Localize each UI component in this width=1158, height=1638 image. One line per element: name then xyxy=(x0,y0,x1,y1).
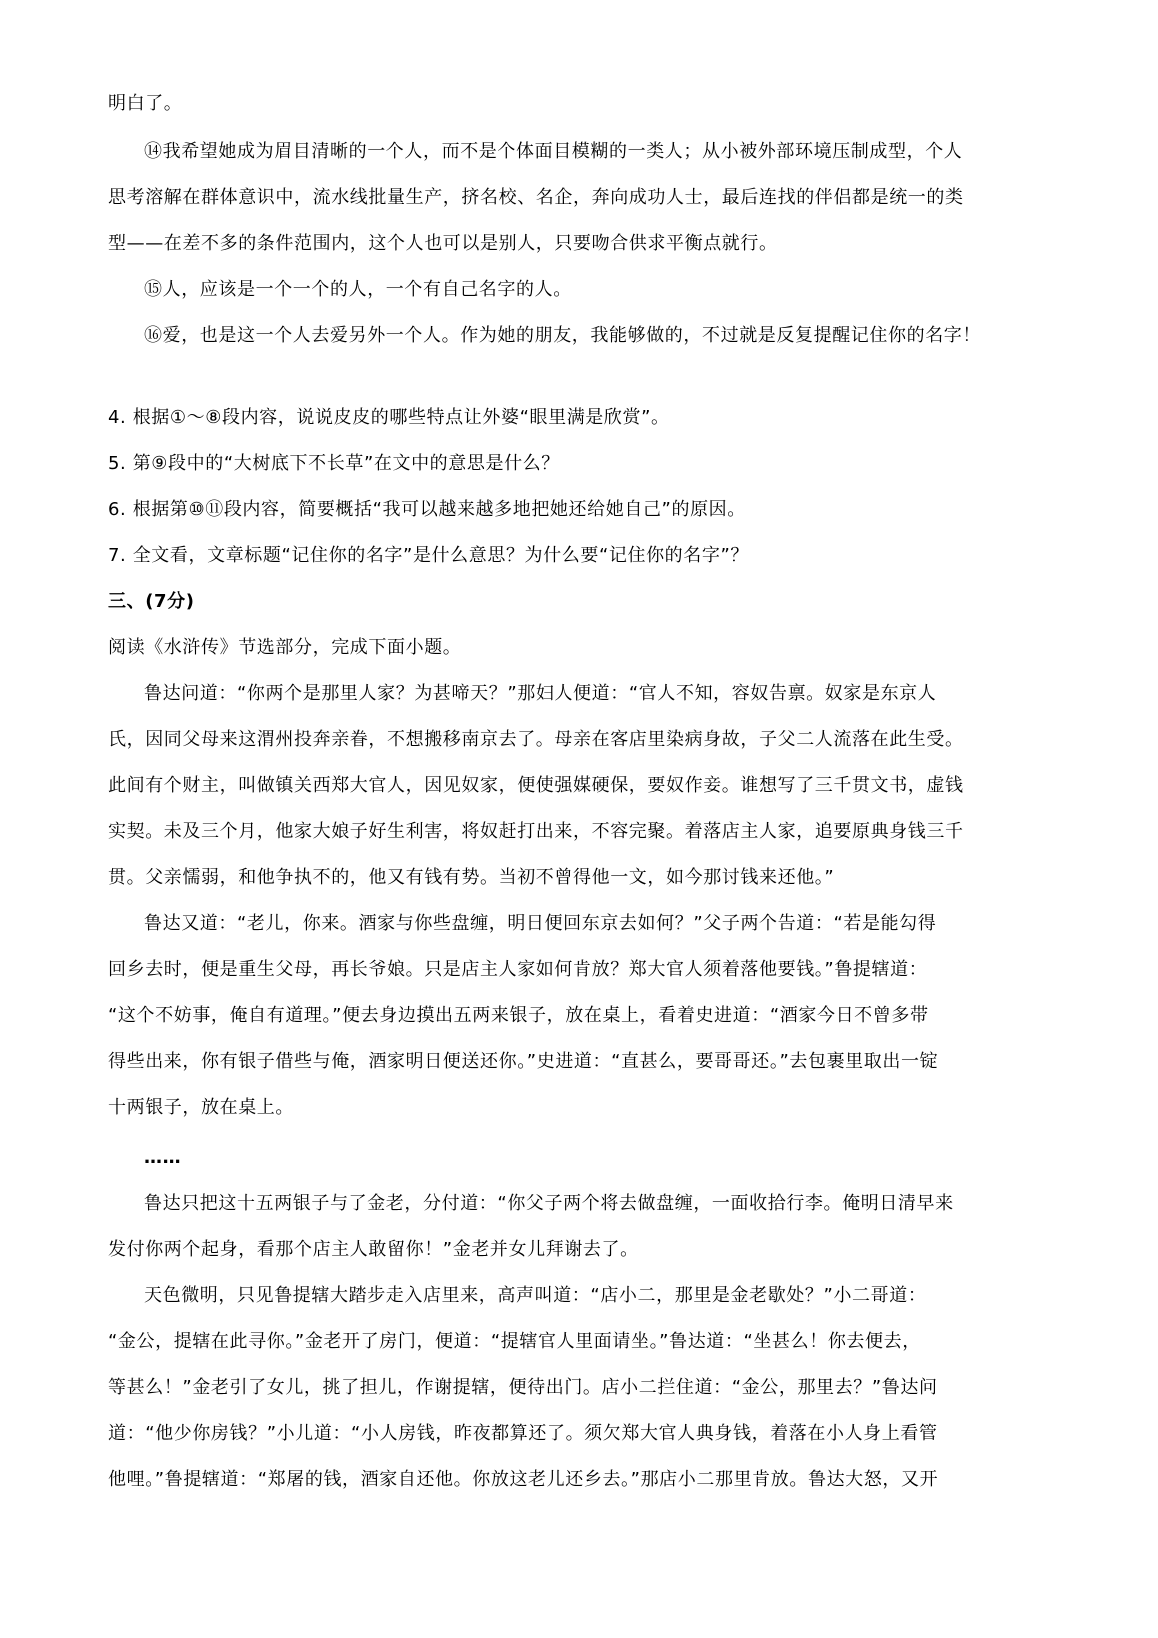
excerpt-line: 此间有个财主，叫做镇关西郑大官人，因见奴家，便使强媒硬保，要奴作妾。谁想写了三千… xyxy=(108,775,964,797)
section-heading: 三、(7分) xyxy=(108,591,195,613)
passage-line: 明白了。 xyxy=(108,93,182,115)
excerpt-line: 回乡去时，便是重生父母，再长爷娘。只是店主人家如何肯放？郑大官人须着落他要钱。”… xyxy=(108,959,927,981)
excerpt-line: 贯。父亲懦弱，和他争执不的，他又有钱有势。当初不曾得他一文，如今那讨钱来还他。” xyxy=(108,867,834,889)
excerpt-line: 等甚么！”金老引了女儿，挑了担儿，作谢提辖，便待出门。店小二拦住道：“金公，那里… xyxy=(108,1377,938,1399)
excerpt-line: 鲁达只把这十五两银子与了金老，分付道：“你父子两个将去做盘缠，一面收拾行李。俺明… xyxy=(144,1193,954,1215)
paragraph-14: ⑭我希望她成为眉目清晰的一个人，而不是个体面目模糊的一类人；从小被外部环境压制成… xyxy=(144,141,962,163)
excerpt-line: 发付你两个起身，看那个店主人敢留你！”金老并女儿拜谢去了。 xyxy=(108,1239,639,1261)
excerpt-line: 十两银子，放在桌上。 xyxy=(108,1097,294,1119)
section-instruction: 阅读《水浒传》节选部分，完成下面小题。 xyxy=(108,637,461,659)
paragraph-15: ⑮人，应该是一个一个的人，一个有自己名字的人。 xyxy=(144,279,572,301)
passage-line: 型——在差不多的条件范围内，这个人也可以是别人，只要吻合供求平衡点就行。 xyxy=(108,233,778,255)
question-7: 7. 全文看，文章标题“记住你的名字”是什么意思？为什么要“记住你的名字”？ xyxy=(108,545,749,567)
excerpt-line: 鲁达问道：“你两个是那里人家？为甚啼天？”那妇人便道：“官人不知，容奴告禀。奴家… xyxy=(144,683,936,705)
question-4: 4. 根据①～⑧段内容，说说皮皮的哪些特点让外婆“眼里满是欣赏”。 xyxy=(108,407,670,429)
paragraph-16: ⑯爱，也是这一个人去爱另外一个人。作为她的朋友，我能够做的，不过就是反复提醒记住… xyxy=(144,325,981,347)
excerpt-line: 道：“他少你房钱？”小儿道：“小人房钱，昨夜都算还了。须欠郑大官人典身钱，着落在… xyxy=(108,1423,938,1445)
excerpt-line: 天色微明，只见鲁提辖大踏步走入店里来，高声叫道：“店小二，那里是金老歇处？”小二… xyxy=(144,1285,926,1307)
excerpt-line: 实契。未及三个月，他家大娘子好生利害，将奴赶打出来，不容完聚。着落店主人家，追要… xyxy=(108,821,964,843)
question-5: 5. 第⑨段中的“大树底下不长草”在文中的意思是什么？ xyxy=(108,453,560,475)
excerpt-line: 鲁达又道：“老儿，你来。酒家与你些盘缠，明日便回东京去如何？”父子两个告道：“若… xyxy=(144,913,936,935)
excerpt-line: 得些出来，你有银子借些与俺，酒家明日便送还你。”史进道：“直甚么，要哥哥还。”去… xyxy=(108,1051,938,1073)
passage-line: 思考溶解在群体意识中，流水线批量生产，挤名校、名企，奔向成功人士，最后连找的伴侣… xyxy=(108,187,964,209)
excerpt-line: “这个不妨事，俺自有道理。”便去身边摸出五两来银子，放在桌上，看着史进道：“酒家… xyxy=(108,1005,929,1027)
excerpt-line: 氏，因同父母来这渭州投奔亲眷，不想搬移南京去了。母亲在客店里染病身故，子父二人流… xyxy=(108,729,964,751)
excerpt-line: “金公，提辖在此寻你。”金老开了房门，便道：“提辖官人里面请坐。”鲁达道：“坐甚… xyxy=(108,1331,921,1353)
question-6: 6. 根据第⑩⑪段内容，简要概括“我可以越来越多地把她还给她自己”的原因。 xyxy=(108,499,746,521)
excerpt-line: 他哩。”鲁提辖道：“郑屠的钱，酒家自还他。你放这老儿还乡去。”那店小二那里肯放。… xyxy=(108,1469,938,1491)
ellipsis: …… xyxy=(144,1147,181,1169)
